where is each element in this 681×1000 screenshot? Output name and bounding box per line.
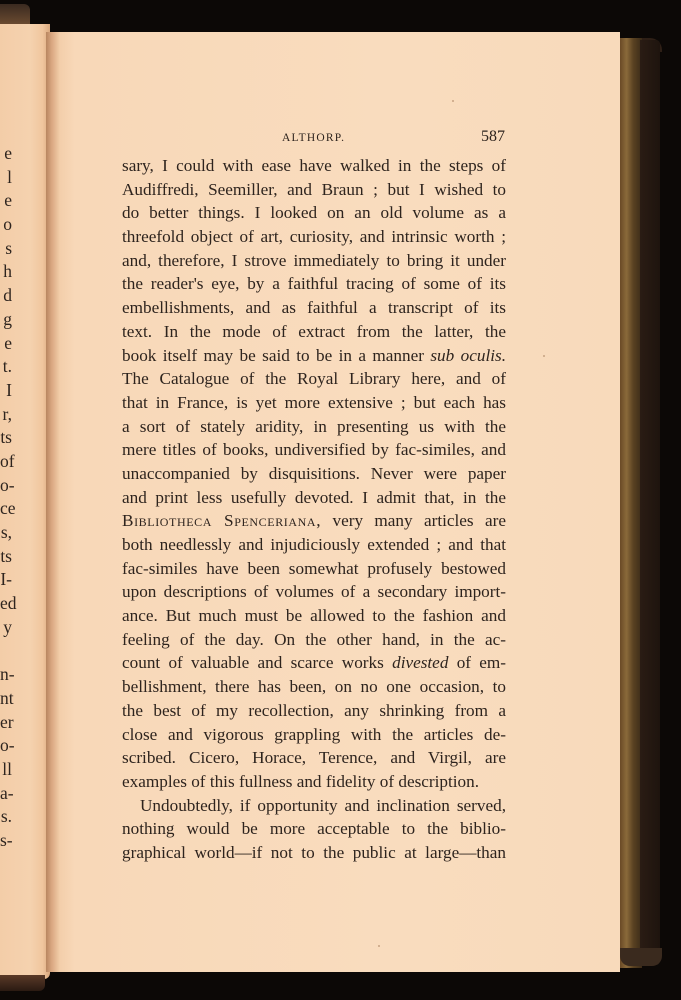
left-margin-line: s, — [0, 521, 12, 545]
left-margin-line: a- — [0, 782, 12, 806]
text-line: sary, I could with ease have walked in t… — [122, 154, 506, 178]
left-margin-line: o — [0, 213, 12, 237]
text-line: text. In the mode of extract from the la… — [122, 320, 506, 344]
spine-tailcap — [620, 948, 662, 966]
left-cover-top-edge — [0, 4, 30, 24]
text-line: unaccompanied by disquisitions. Never we… — [122, 462, 506, 486]
italic-phrase: sub oculis. — [430, 346, 506, 365]
paper-speck — [452, 100, 454, 102]
running-head: ALTHORP. 587 — [120, 128, 505, 148]
left-margin-line: e — [0, 142, 12, 166]
left-margin-line: I- — [0, 568, 12, 592]
left-margin-line: er — [0, 711, 12, 735]
left-margin-line: I — [0, 379, 12, 403]
text-line: bellishment, there has been, on no one o… — [122, 675, 506, 699]
text-line: threefold object of art, curiosity, and … — [122, 225, 506, 249]
text-line: nothing would be more acceptable to the … — [122, 817, 506, 841]
text-line: The Catalogue of the Royal Library here,… — [122, 367, 506, 391]
text-line: graphical world—if not to the public at … — [122, 841, 506, 865]
left-margin-line: of — [0, 450, 12, 474]
left-margin-line: h — [0, 260, 12, 284]
text-line: and, therefore, I strove immediately to … — [122, 249, 506, 273]
left-margin-line: n- — [0, 663, 12, 687]
paper-speck — [543, 355, 545, 357]
text-line: do better things. I looked on an old vol… — [122, 201, 506, 225]
book-spine-marbled-edge — [620, 38, 642, 968]
paper-speck — [378, 945, 380, 947]
text-line: book itself may be said to be in a manne… — [122, 344, 506, 368]
left-margin-line: e — [0, 189, 12, 213]
page-number: 587 — [481, 128, 505, 146]
book-cover-edge — [640, 40, 660, 965]
text-line: both needlessly and injudiciously extend… — [122, 533, 506, 557]
left-margin-line: s- — [0, 829, 12, 853]
text-line: mere titles of books, undiversified by f… — [122, 438, 506, 462]
text-line: fac-similes have been somewhat profusely… — [122, 557, 506, 581]
left-margin-line: t. — [0, 355, 12, 379]
paragraph-first-line: Undoubtedly, if opportunity and inclinat… — [122, 794, 506, 818]
text-line: feeling of the day. On the other hand, i… — [122, 628, 506, 652]
text-line: ance. But much must be allowed to the fa… — [122, 604, 506, 628]
text-line: and print less usefully devoted. I admit… — [122, 486, 506, 510]
text-line: Audiffredi, Seemiller, and Braun ; but I… — [122, 178, 506, 202]
left-margin-line: l — [0, 166, 12, 190]
gutter-shadow — [46, 32, 60, 972]
left-margin-line: o- — [0, 734, 12, 758]
left-margin-line: ce — [0, 497, 12, 521]
text-line: examples of this fullness and fidelity o… — [122, 770, 506, 794]
small-caps-title: Bibliotheca Spenceriana, — [122, 511, 321, 530]
left-margin-line: s. — [0, 805, 12, 829]
text-line: embellishments, and as faithful a transc… — [122, 296, 506, 320]
left-margin-line: e — [0, 332, 12, 356]
left-margin-line: d — [0, 284, 12, 308]
left-margin-line — [0, 639, 12, 663]
text-line: close and vigorous grappling with the ar… — [122, 723, 506, 747]
text-line: count of valuable and scarce works dives… — [122, 651, 506, 675]
text-line: a sort of stately aridity, in presenting… — [122, 415, 506, 439]
left-cover-bottom-edge — [0, 975, 45, 991]
text-line: Bibliotheca Spenceriana, very many artic… — [122, 509, 506, 533]
italic-word: divested — [392, 653, 448, 672]
left-margin-line: g — [0, 308, 12, 332]
left-page-visible-text: e l e o s h d g e t. I r, ts of o- ce s,… — [0, 142, 12, 853]
text-line: the reader's eye, by a faithful tracing … — [122, 272, 506, 296]
left-margin-line: ll — [0, 758, 12, 782]
body-text: sary, I could with ease have walked in t… — [122, 154, 506, 865]
text-line: upon descriptions of volumes of a second… — [122, 580, 506, 604]
left-margin-line: ts — [0, 426, 12, 450]
left-margin-line: ed — [0, 592, 12, 616]
text-line: that in France, is yet more extensive ; … — [122, 391, 506, 415]
left-margin-line: s — [0, 237, 12, 261]
left-margin-line: r, — [0, 403, 12, 427]
left-margin-line: o- — [0, 474, 12, 498]
text-line: scribed. Cicero, Horace, Terence, and Vi… — [122, 746, 506, 770]
left-margin-line: nt — [0, 687, 12, 711]
left-margin-line: y — [0, 616, 12, 640]
left-margin-line: ts — [0, 545, 12, 569]
running-title: ALTHORP. — [282, 132, 345, 144]
text-line: the best of my recollection, any shrinki… — [122, 699, 506, 723]
